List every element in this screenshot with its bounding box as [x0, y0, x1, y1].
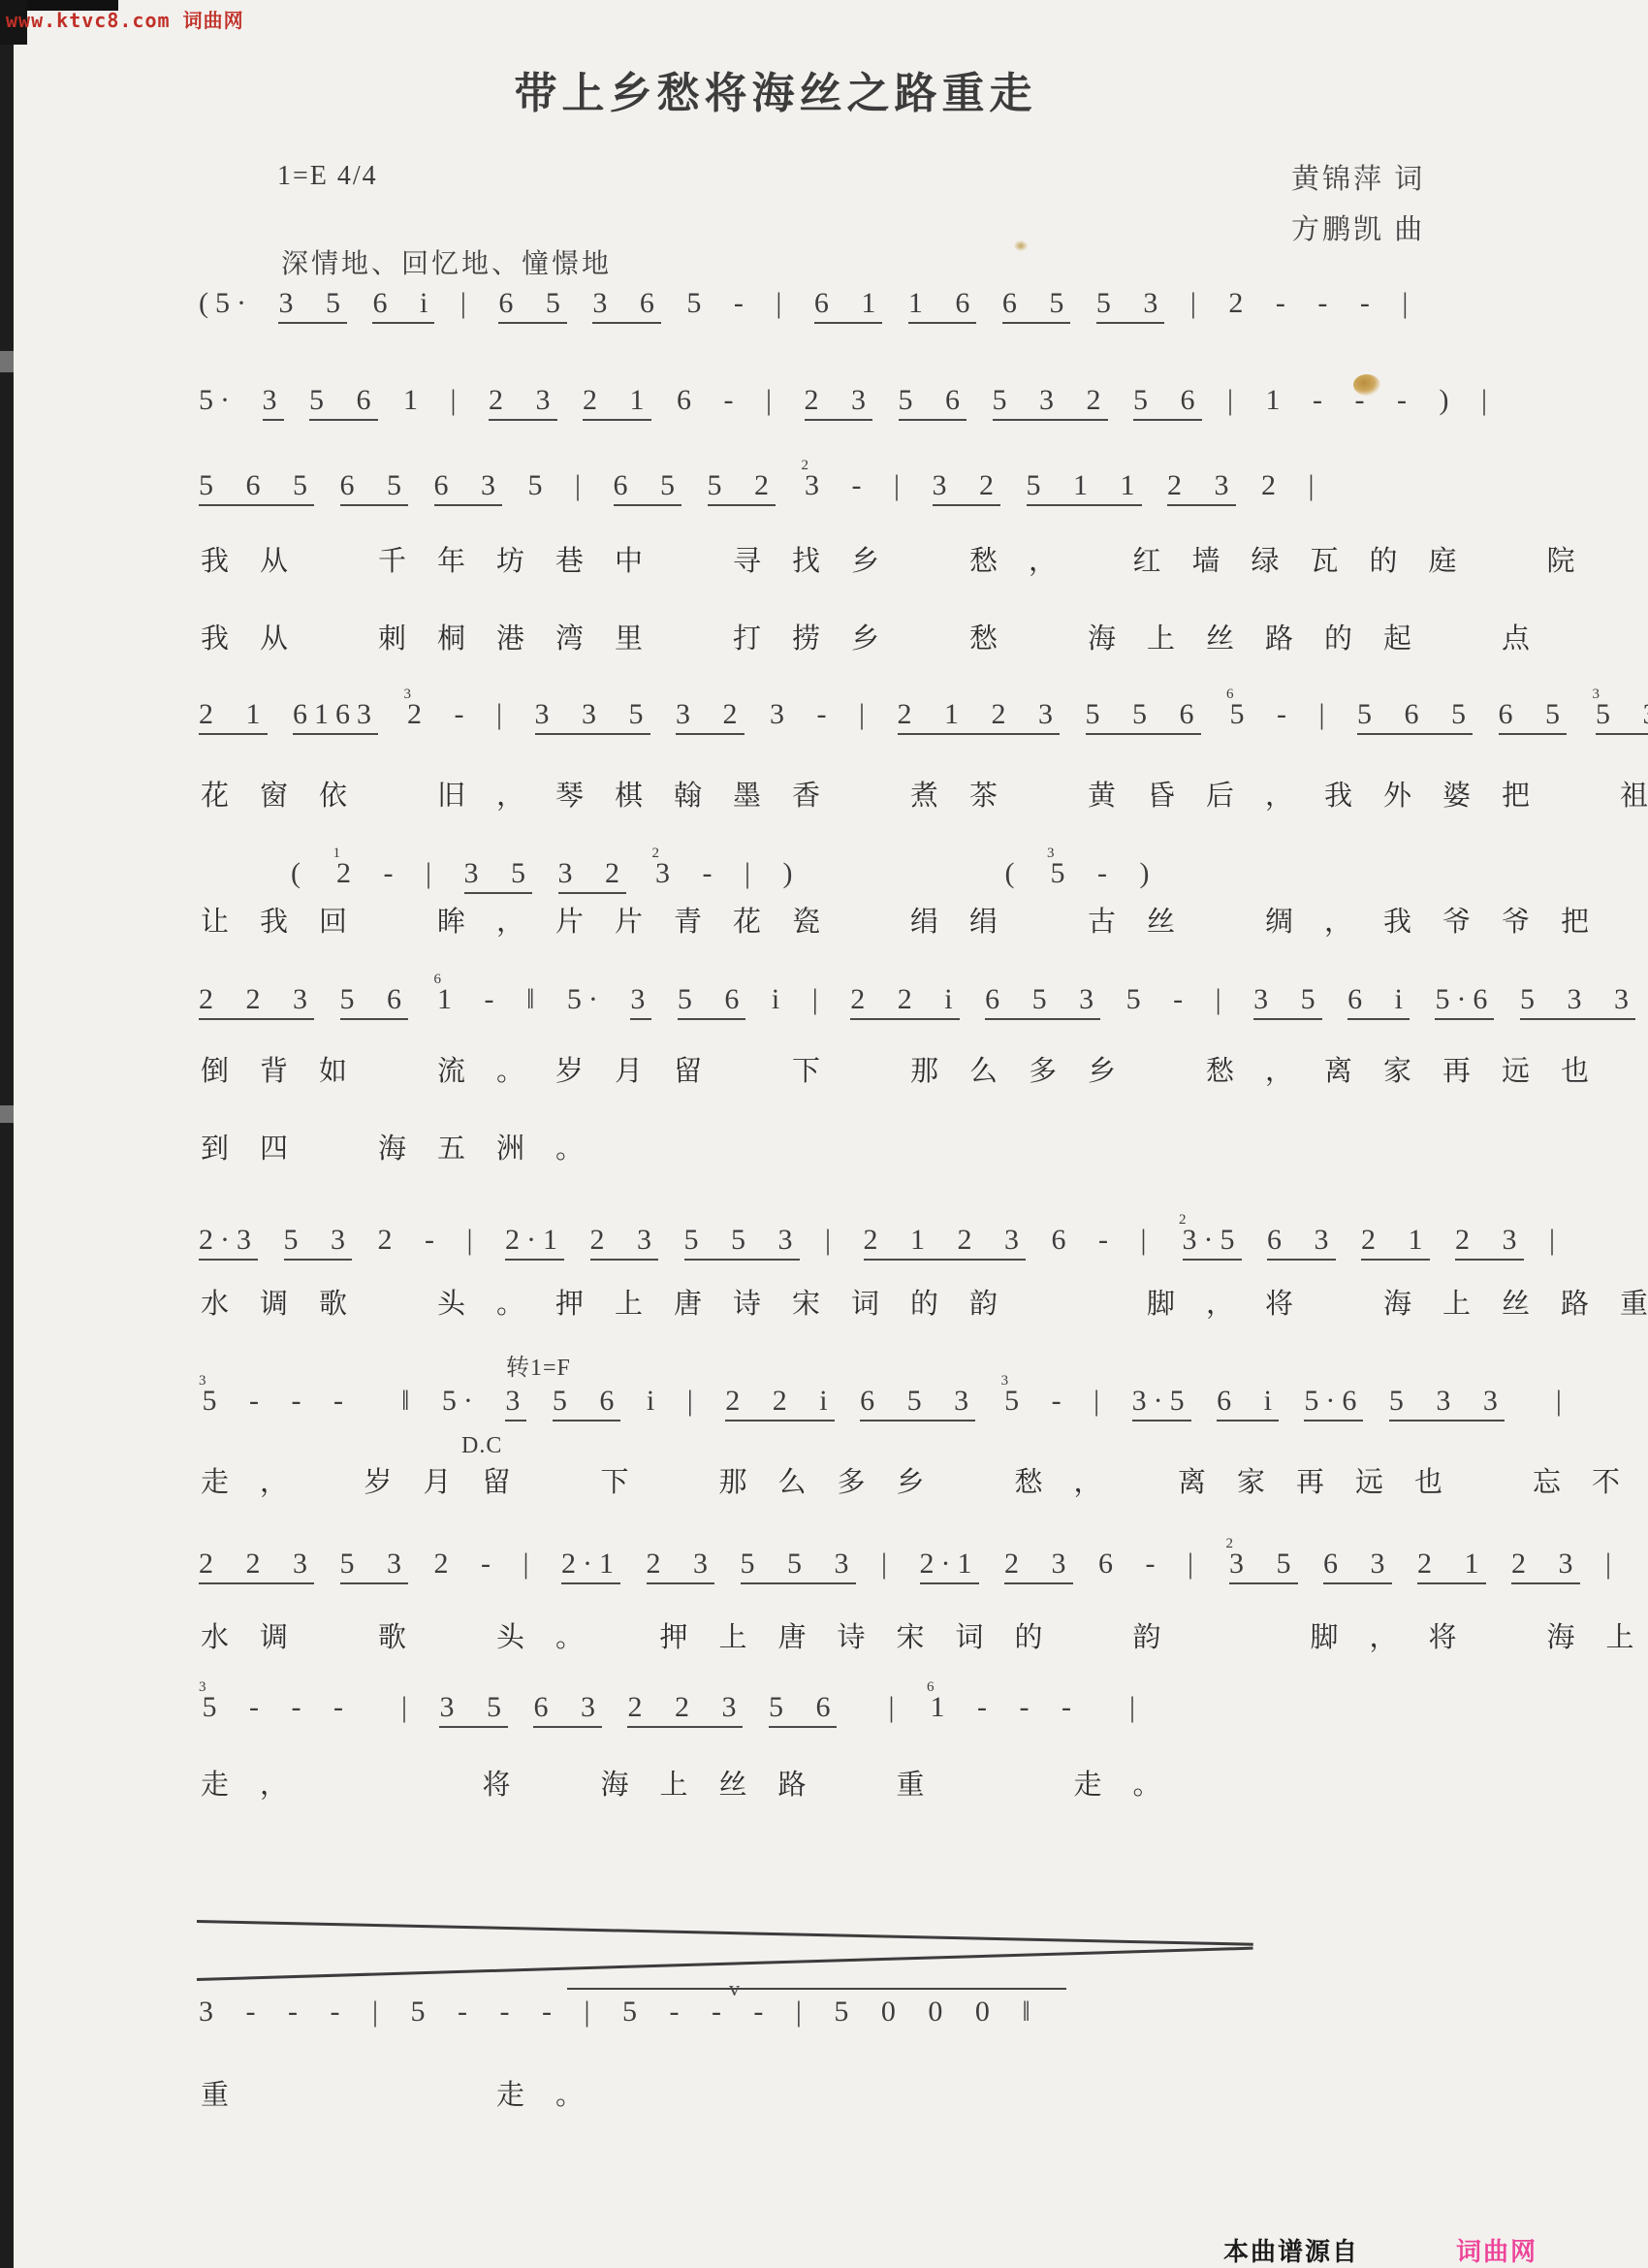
notation-line-6: 2 2 3 5 6 61 - ‖ 5· 3 5 6 i | 2 2 i 6 5 … — [199, 972, 1648, 1017]
notation-line-9: 2 2 3 5 3 2 - | 2·1 2 3 5 5 3 | 2·1 2 3 … — [199, 1536, 1618, 1581]
lyrics-line-7: 水调歌 头。押上唐诗宋词的韵 脚，将 海上丝路重 — [201, 1282, 1648, 1322]
notation-line-10: 35 - - - | 3 5 6 3 2 2 3 5 6 | 61 - - - … — [199, 1679, 1142, 1725]
expression-marking: 深情地、回忆地、憧憬地 — [281, 242, 612, 281]
footer-source-site: 词曲网 — [1456, 2232, 1537, 2268]
notation-line-5: ( 12 - | 3 5 3 2 23 - | ) ( 35 - ) — [291, 846, 1156, 891]
composer-credit: 方鹏凯 曲 — [1291, 208, 1425, 247]
site-watermark: www.ktvc8.com 词曲网 — [6, 5, 244, 33]
lyricist-credit: 黄锦萍 词 — [1291, 157, 1425, 197]
notation-line-3: 5 6 5 6 5 6 3 5 | 6 5 5 2 23 - | 3 2 5 1… — [199, 458, 1321, 503]
notation-line-1: (5· 3 5 6 i | 6 5 3 6 5 - | 6 1 1 6 6 5 … — [199, 287, 1414, 321]
lyrics-line-3: 花窗依 旧，琴棋翰墨香 煮茶 黄昏后，我外婆把 祖传家训 — [201, 774, 1648, 814]
scan-artifact — [0, 351, 14, 372]
hairpin-bottom-line — [197, 1947, 1253, 1981]
scan-edge-strip — [0, 0, 14, 2268]
notation-line-8: 35 - - - ‖ 5· 3 5 6 i | 2 2 i 6 5 3 35 -… — [199, 1373, 1569, 1419]
lyrics-line-9: 水调 歌 头。 押上唐诗宋词的 韵 脚，将 海上丝路重 — [201, 1615, 1648, 1655]
hairpin-top-line — [197, 1920, 1253, 1946]
key-signature: 1=E 4/4 — [277, 161, 378, 192]
notation-line-7: 2·3 5 3 2 - | 2·1 2 3 5 5 3 | 2 1 2 3 6 … — [199, 1212, 1562, 1258]
lyrics-line-1: 我从 千年坊巷中 寻找乡 愁， 红墙绿瓦的庭 院 — [201, 539, 1606, 579]
song-title: 带上乡愁将海丝之路重走 — [242, 58, 1309, 120]
dc-mark: D.C — [461, 1433, 502, 1459]
scan-artifact — [0, 1105, 14, 1123]
footer-source-prefix: 本曲谱源自 — [1223, 2232, 1359, 2268]
paper-stain — [1014, 240, 1028, 251]
notation-line-11: 3 - - - | 5 - - - | 5 - - - | 5 0 0 0 ‖ — [199, 1996, 1037, 2029]
hold-bracket-line — [567, 1988, 1066, 1990]
lyrics-line-5: 倒背如 流。岁月留 下 那么多乡 愁，离家再远也 忘不了 — [201, 1049, 1648, 1089]
notation-line-4: 2 1 6163 32 - | 3 3 5 3 2 3 - | 2 1 2 3 … — [199, 687, 1648, 732]
lyrics-line-8: 走， 岁月留 下 那么多乡 愁， 离家再远也 忘不了 — [201, 1460, 1648, 1500]
lyrics-line-4: 让我回 眸，片片青花瓷 绢绢 古丝 绸，我爷爷把 文明传播 — [201, 900, 1648, 940]
lyrics-line-2: 我从 刺桐港湾里 打捞乡 愁 海上丝路的起 点 — [201, 617, 1561, 656]
lyrics-line-6: 到四 海五洲。 — [201, 1127, 615, 1166]
lyrics-line-10: 走， 将 海上丝路 重 走。 — [201, 1763, 1192, 1803]
lyrics-line-11: 重 走。 — [201, 2073, 615, 2113]
notation-line-2: 5· 3 5 6 1 | 2 3 2 1 6 - | 2 3 5 6 5 3 2… — [199, 384, 1494, 418]
